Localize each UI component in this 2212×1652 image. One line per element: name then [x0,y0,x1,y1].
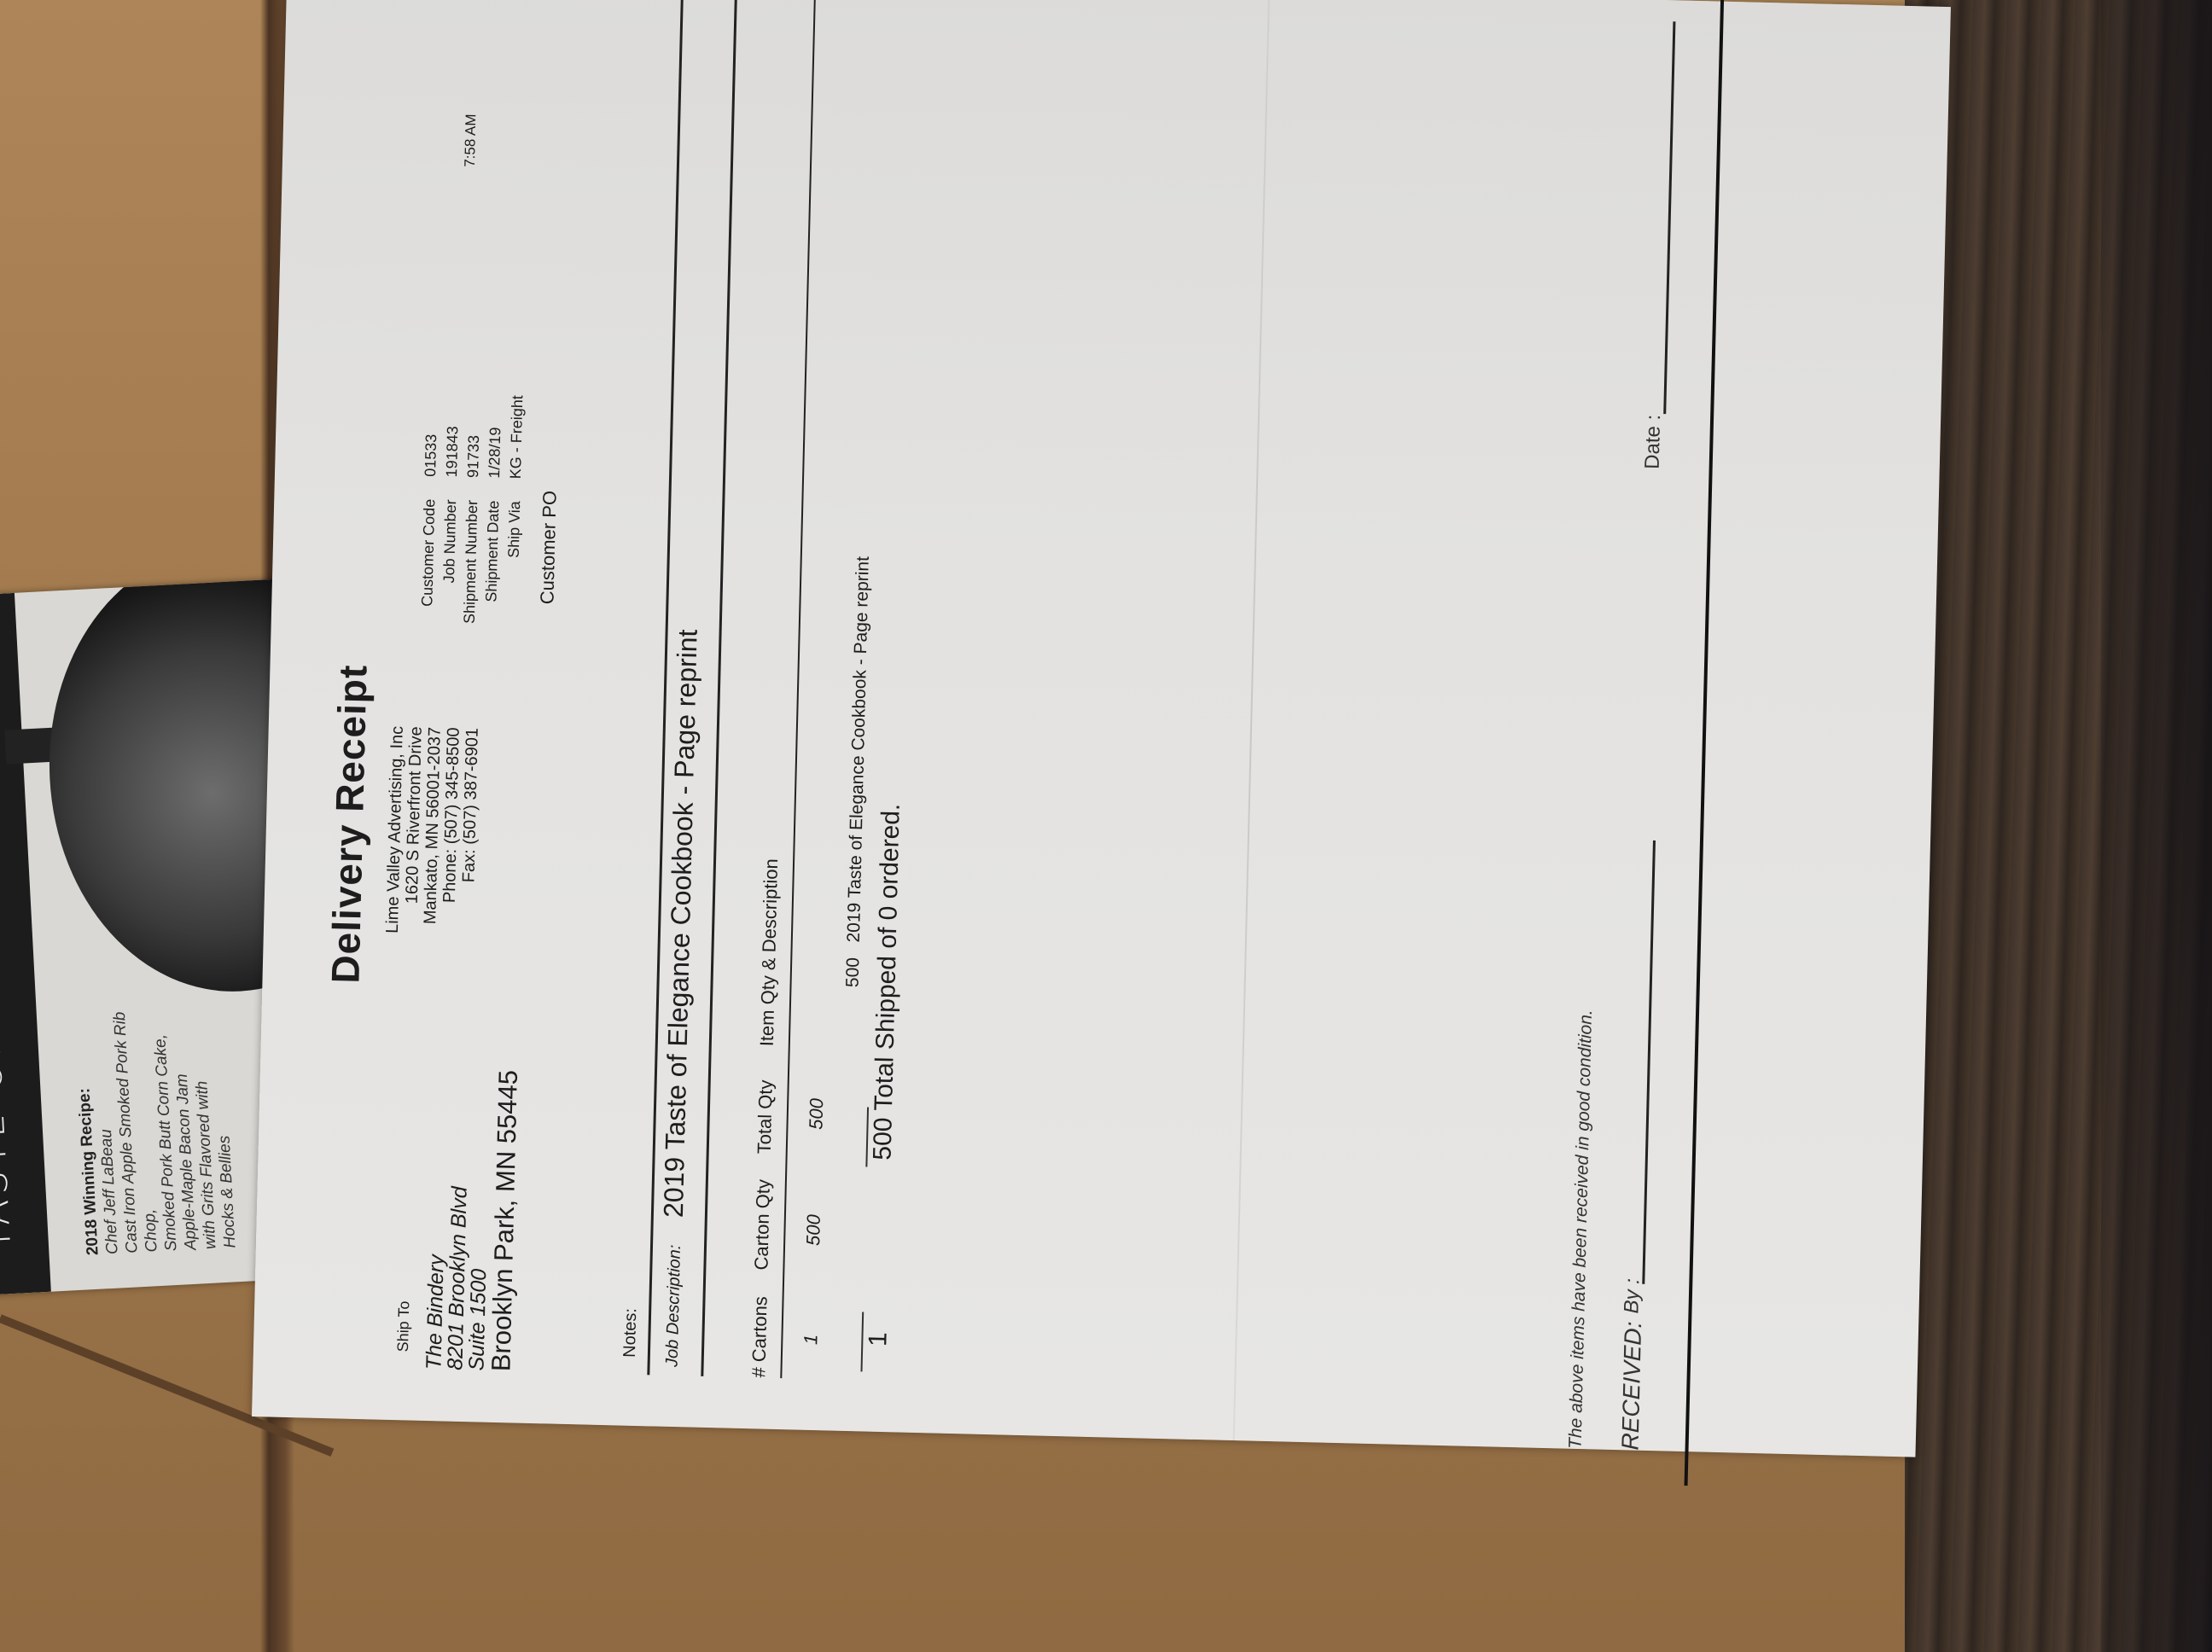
notes-label: Notes: [620,1308,641,1358]
item-qty: 500 [843,957,864,988]
delivery-receipt: Delivery Receipt Lime Valley Advertising… [252,0,1951,1457]
customer-po-label: Customer PO [536,491,561,605]
company-address: Lime Valley Advertising, Inc 1620 S Rive… [383,726,482,936]
shipment-info: Customer Code 01533 Job Number 191843 Sh… [414,393,528,706]
plastic-wrap [1905,0,2212,1652]
totals-row: 1 500 Total Shipped of 0 ordered. [863,803,906,1381]
receipt-title: Delivery Receipt [322,664,375,984]
recipe-block: 2018 Winning Recipe: Chef Jeff LaBeau Ca… [70,992,240,1255]
info-value: 91733 [463,435,485,479]
cookbook-banner: TASTE OF ELEGANCE 2018 [0,593,51,1297]
cell-carton-qty: 500 [801,1160,826,1272]
col-header-item: Item Qty & Description [756,858,783,1047]
info-value: 1/28/19 [484,427,506,479]
received-label: RECEIVED: [1617,1321,1648,1451]
total-qty: 500 [869,1117,899,1160]
by-label: By : [1620,1278,1644,1314]
col-header-carton-qty: Carton Qty [750,1159,775,1271]
signature-by-field[interactable] [1642,841,1656,1284]
date-label: Date : [1641,414,1667,469]
divider [701,0,737,1376]
ship-to-label: Ship To [394,1300,413,1352]
info-value: 191843 [441,426,463,478]
info-value: 01533 [420,433,442,477]
col-header-total-qty: Total Qty [754,1051,778,1155]
print-time: 7:58 AM [462,113,480,167]
total-cartons: 1 [863,1167,897,1382]
bottom-divider [1685,0,1725,1486]
cell-cartons: 1 [799,1277,824,1380]
ship-to-address: The Bindery 8201 Brooklyn Blvd Suite 150… [423,1068,522,1372]
ship-to-city: Brooklyn Park, MN 55445 [487,1070,522,1372]
table-row: 1 500 500 [799,1053,829,1380]
col-header-cartons: # Cartons [748,1275,772,1378]
paper-fold [1233,0,1271,1440]
info-label: Ship Via [499,479,526,707]
item-description: 2019 Taste of Elegance Cookbook - Page r… [844,556,873,943]
signature-date-field[interactable] [1663,21,1675,414]
company-fax: Fax: (507) 387-6901 [458,728,482,936]
item-line: 500 2019 Taste of Elegance Cookbook - Pa… [843,556,874,988]
job-description-label: Job Description: [663,1244,685,1367]
total-summary: Total Shipped of 0 ordered. [870,803,905,1111]
received-statement: The above items have been received in go… [1566,1009,1598,1449]
table-header: # Cartons Carton Qty Total Qty Item Qty … [748,858,783,1378]
info-value: KG - Freight [505,395,528,480]
cell-total-qty: 500 [805,1053,829,1156]
